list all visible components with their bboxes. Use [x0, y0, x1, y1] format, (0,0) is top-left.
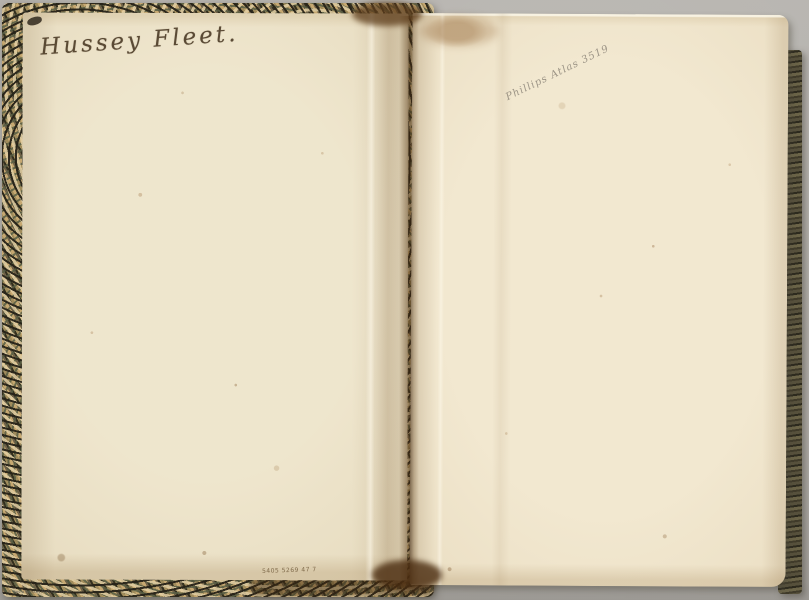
- gutter-bottom-stain: [372, 560, 442, 590]
- copyright-watermark: © David Rumsey Map Collection: [8, 590, 71, 594]
- right-endpaper-page: [410, 13, 789, 587]
- right-page-top-stain: [420, 16, 498, 46]
- book-gutter: [399, 16, 419, 584]
- left-endpaper-page: [21, 12, 408, 580]
- gutter-top-stain: [352, 2, 422, 26]
